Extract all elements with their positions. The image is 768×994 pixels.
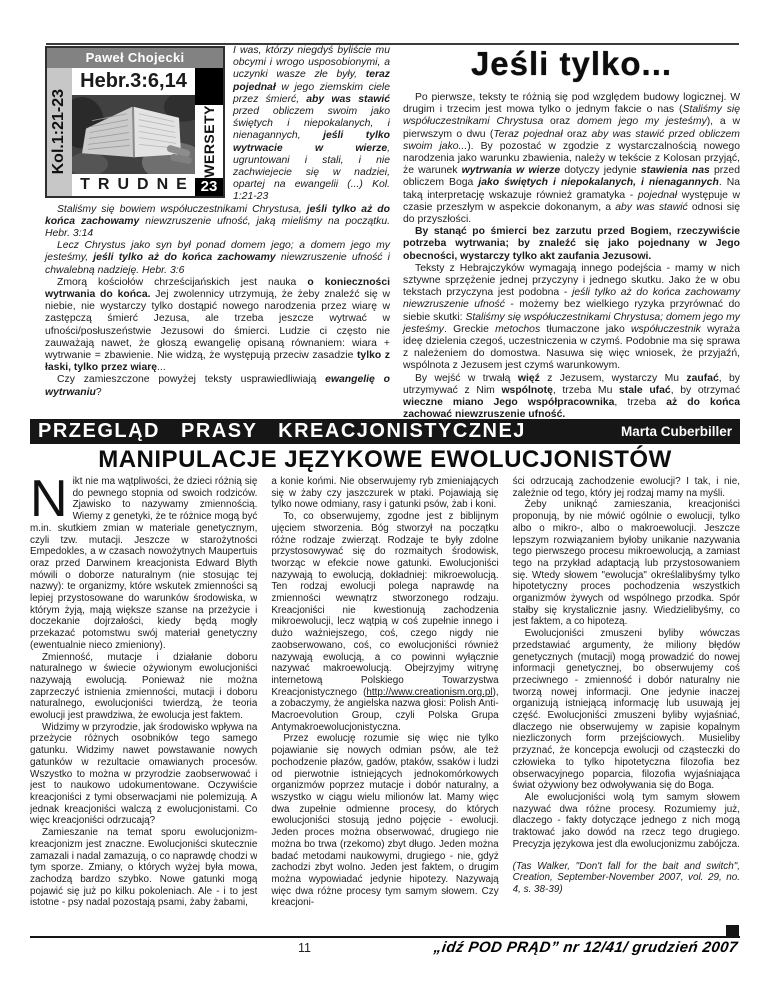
paragraph: Ale ewolucjoniści wolą tym samym słowem … — [513, 792, 740, 851]
paragraph: ści odrzucają zachodzenie ewolucji? I ta… — [513, 476, 740, 499]
article2-headline: MANIPULACJE JĘZYKOWE EWOLUCJONISTÓW — [30, 446, 740, 474]
paragraph: Zmienność, mutacje i działanie doboru na… — [30, 652, 257, 722]
article2-columns: Nikt nie ma wątpliwości, że dzieci różni… — [30, 476, 740, 928]
article1-right-column: Jeśli tylko... Po pierwsze, teksty te ró… — [403, 45, 740, 421]
paragraph: Staliśmy się bowiem współuczestnikami Ch… — [45, 204, 390, 241]
trudne-wersety-header-box: Paweł Chojecki Kol.1:21-23 Hebr.3:6,14 — [45, 46, 225, 198]
paragraph: Po pierwsze, teksty te różnią się pod wz… — [403, 92, 740, 226]
open-book-photo — [72, 95, 195, 174]
series-strip: WERSETY — [195, 105, 223, 178]
article2-column-2: a konie końmi. Nie obserwujemy ryb zmien… — [271, 476, 498, 928]
paragraph: Lecz Chrystus jako syn był ponad domem j… — [45, 240, 390, 277]
header-box-right-strip: WERSETY 23 — [195, 68, 223, 196]
paragraph: To, co obserwujemy, zgodne jest z biblij… — [271, 511, 498, 733]
drop-cap: N — [30, 477, 68, 521]
paragraph: Teksty z Hebrajczyków wymagają innego po… — [403, 263, 740, 373]
paragraph: Żeby uniknąć zamieszania, kreacjoniści p… — [513, 499, 740, 628]
paragraph: Nikt nie ma wątpliwości, że dzieci różni… — [30, 476, 257, 652]
footer-rule — [30, 936, 740, 938]
paragraph: Ewolucjoniści zmuszeni byliby wówczas pr… — [513, 628, 740, 792]
side-strip: Kol.1:21-23 — [47, 68, 72, 196]
magazine-page: Paweł Chojecki Kol.1:21-23 Hebr.3:6,14 — [0, 0, 768, 994]
series-label-trudne: TRUDNE — [72, 174, 195, 196]
scripture-ref-side: Kol.1:21-23 — [53, 89, 65, 174]
article2-column-1: Nikt nie ma wątpliwości, że dzieci różni… — [30, 476, 257, 928]
article2-column-3: ści odrzucają zachodzenie ewolucji? I ta… — [513, 476, 740, 928]
paragraph: Przez ewolucję rozumie się więc nie tylk… — [271, 733, 498, 909]
banner-author: Marta Cuberbiller — [621, 424, 732, 439]
article1-left-column: Paweł Chojecki Kol.1:21-23 Hebr.3:6,14 — [45, 45, 390, 421]
paragraph: a konie końmi. Nie obserwujemy ryb zmien… — [271, 476, 498, 511]
article1-right-paragraphs: Po pierwsze, teksty te różnią się pod wz… — [403, 92, 740, 421]
article1-left-text: Paweł Chojecki Kol.1:21-23 Hebr.3:6,14 — [45, 45, 390, 399]
paragraph: By stanąć po śmierci bez zarzutu przed B… — [403, 226, 740, 263]
paragraph: By wejść w trwałą więź z Jezusem, wystar… — [403, 373, 740, 422]
banner-title: PRZEGLĄD PRASY KREACJONISTYCZNEJ — [38, 420, 526, 443]
issue-number-badge: 23 — [195, 178, 223, 196]
scripture-ref-top: Hebr.3:6,14 — [72, 68, 195, 95]
paragraph: Zmorą kościołów chrześcijańskich jest na… — [45, 277, 390, 375]
paragraph: Widzimy w przyrodzie, jak środowisko wpł… — [30, 722, 257, 827]
press-review-banner: PRZEGLĄD PRASY KREACJONISTYCZNEJ Marta C… — [30, 419, 740, 444]
footer-end-square-icon — [726, 925, 739, 936]
author-name: Paweł Chojecki — [47, 48, 223, 68]
paragraph: Czy zamieszczone powyżej teksty usprawie… — [45, 374, 390, 398]
paragraph: (Tas Walker, "Don't fall for the bait an… — [513, 861, 740, 896]
article1-section: Paweł Chojecki Kol.1:21-23 Hebr.3:6,14 — [45, 45, 740, 421]
header-box-main: Hebr.3:6,14 — [72, 68, 195, 196]
page-number: 11 — [298, 941, 311, 955]
series-label-wersety: WERSETY — [203, 105, 215, 178]
header-box-body: Kol.1:21-23 Hebr.3:6,14 — [47, 68, 223, 196]
footer-brand: „idź POD PRĄD” nr 12/41/ grudzień 2007 — [433, 939, 739, 956]
article1-title: Jeśli tylko... — [403, 45, 740, 83]
paragraph: Zamieszanie na temat sporu ewolucjonizm-… — [30, 827, 257, 909]
black-block — [195, 68, 223, 105]
